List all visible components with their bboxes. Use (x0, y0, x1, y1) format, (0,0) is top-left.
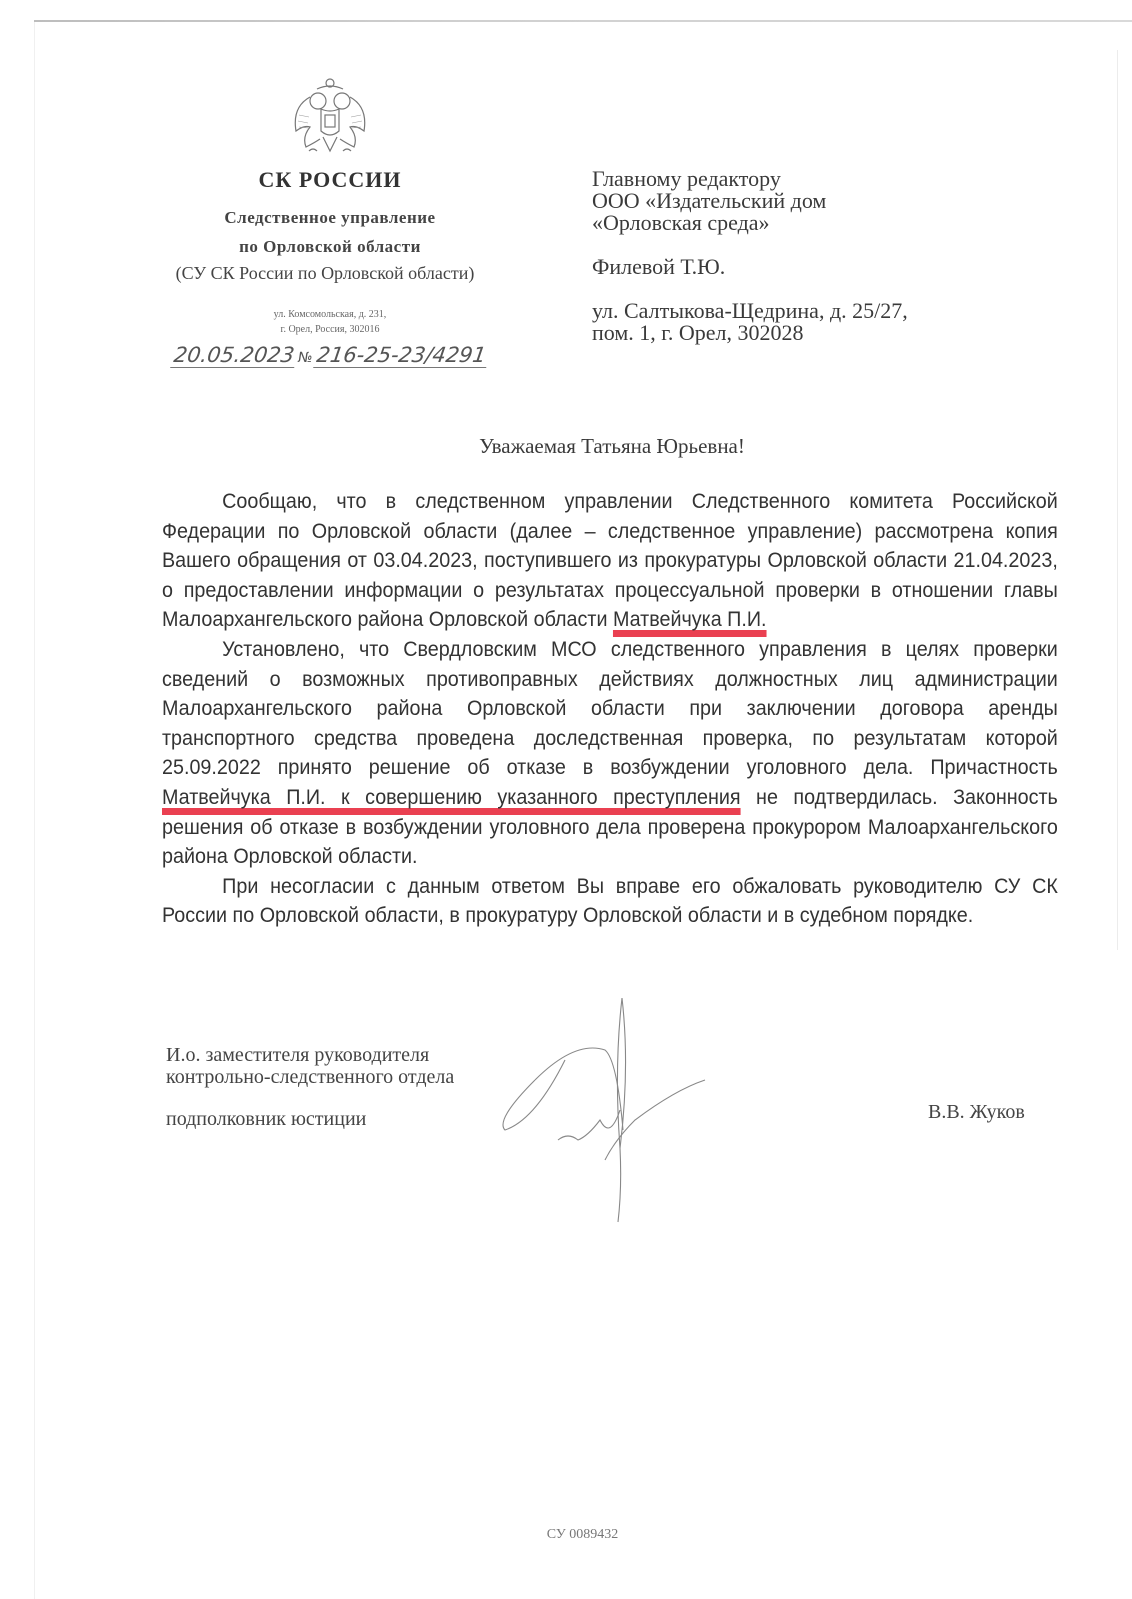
scan-edge-left (34, 22, 35, 1599)
recipient-line-3: «Орловская среда» (592, 212, 908, 234)
form-serial-number: СУ 0089432 (0, 1527, 1132, 1543)
recipient-address-line-2: пом. 1, г. Орел, 302028 (592, 322, 908, 344)
number-sign: № (297, 350, 314, 366)
registration-line: 20.05.2023№216-25-23/4291 (170, 343, 489, 367)
scan-edge-top (34, 20, 1132, 22)
highlighted-name: Матвейчука П.И. (613, 608, 767, 631)
department-name: Следственное управление по Орловской обл… (120, 203, 540, 261)
paragraph-1-text: Сообщаю, что в следственном управлении С… (162, 490, 1058, 631)
signer-position: И.о. заместителя руководителя контрольно… (166, 1044, 454, 1088)
letterhead: СК РОССИИ Следственное управление по Орл… (120, 75, 540, 165)
registration-number: 216-25-23/4291 (313, 343, 490, 368)
paragraph-3: При несогласии с данным ответом Вы вправ… (162, 872, 1058, 931)
paragraph-2: Установлено, что Свердловским МСО следст… (162, 635, 1058, 872)
paragraph-2-text-a: Установлено, что Свердловским МСО следст… (162, 638, 1058, 779)
paragraph-1: Сообщаю, что в следственном управлении С… (162, 487, 1058, 635)
highlighted-phrase: Матвейчука П.И. к совершению указанного … (162, 786, 741, 809)
letter-body: Сообщаю, что в следственном управлении С… (162, 487, 1058, 931)
sender-address: ул. Комсомольская, д. 231, г. Орел, Росс… (120, 307, 540, 337)
recipient-name: Филевой Т.Ю. (592, 256, 908, 278)
signer-name: В.В. Жуков (928, 1101, 1025, 1124)
recipient-line-1: Главному редактору (592, 168, 908, 190)
salutation: Уважаемая Татьяна Юрьевна! (0, 434, 1132, 459)
sender-address-line-1: ул. Комсомольская, д. 231, (120, 307, 540, 322)
signer-position-line-1: И.о. заместителя руководителя (166, 1044, 454, 1066)
recipient-address-line-1: ул. Салтыкова-Щедрина, д. 25/27, (592, 300, 908, 322)
signer-rank: подполковник юстиции (166, 1108, 366, 1131)
scan-edge-right (1117, 50, 1118, 950)
russian-coat-of-arms-icon (285, 75, 375, 165)
department-line-1: Следственное управление (120, 203, 540, 232)
registration-date: 20.05.2023 (170, 343, 298, 368)
department-line-2: по Орловской области (120, 232, 540, 261)
recipient-line-2: ООО «Издательский дом (592, 190, 908, 212)
recipient-block: Главному редактору ООО «Издательский дом… (592, 168, 908, 344)
department-abbreviation: (СУ СК России по Орловской области) (110, 263, 540, 284)
handwritten-signature (480, 990, 720, 1230)
sender-address-line-2: г. Орел, Россия, 302016 (120, 322, 540, 337)
org-name: СК РОССИИ (120, 167, 540, 193)
signer-position-line-2: контрольно-следственного отдела (166, 1066, 454, 1088)
